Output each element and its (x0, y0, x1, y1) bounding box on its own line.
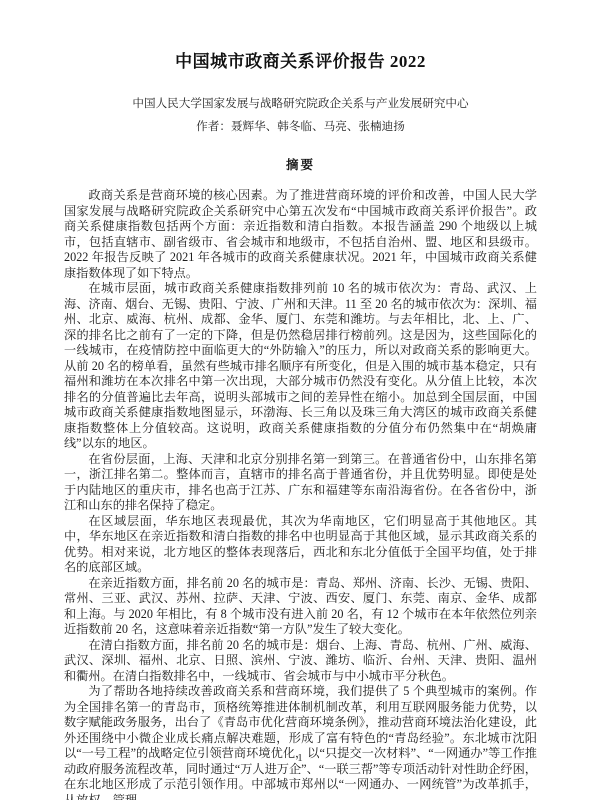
paragraph: 在亲近指数方面，排名前 20 名的城市是：青岛、郑州、济南、长沙、无锡、贵阳、常… (64, 576, 537, 638)
paragraph: 为了帮助各地持续改善政商关系和营商环境，我们提供了 5 个典型城市的案例。作为全… (64, 684, 537, 800)
paragraph: 政商关系是营商环境的核心因素。为了推进营商环境的评价和改善，中国人民大学国家发展… (64, 188, 537, 281)
paragraph: 在省份层面，上海、天津和北京分别排名第一到第三。在普通省份中，山东排名第一，浙江… (64, 452, 537, 514)
document-title: 中国城市政商关系评价报告 2022 (64, 50, 537, 74)
abstract-heading: 摘要 (64, 157, 537, 173)
authors-line: 作者：聂辉华、韩冬临、马亮、张楠迪扬 (64, 119, 537, 134)
paragraph: 在清白指数方面，排名前 20 名的城市是：烟台、上海、青岛、杭州、广州、威海、武… (64, 638, 537, 685)
affiliation-line: 中国人民大学国家发展与战略研究院政企关系与产业发展研究中心 (64, 96, 537, 111)
abstract-body: 政商关系是营商环境的核心因素。为了推进营商环境的评价和改善，中国人民大学国家发展… (64, 188, 537, 800)
document-page: 中国城市政商关系评价报告 2022 中国人民大学国家发展与战略研究院政企关系与产… (0, 0, 600, 800)
paragraph: 在区域层面，华东地区表现最优，其次为华南地区，它们明显高于其他地区。其中，华东地… (64, 514, 537, 576)
page-number: 1 (0, 752, 600, 764)
paragraph: 在城市层面，城市政商关系健康指数排列前 10 名的城市依次为：青岛、武汉、上海、… (64, 281, 537, 452)
